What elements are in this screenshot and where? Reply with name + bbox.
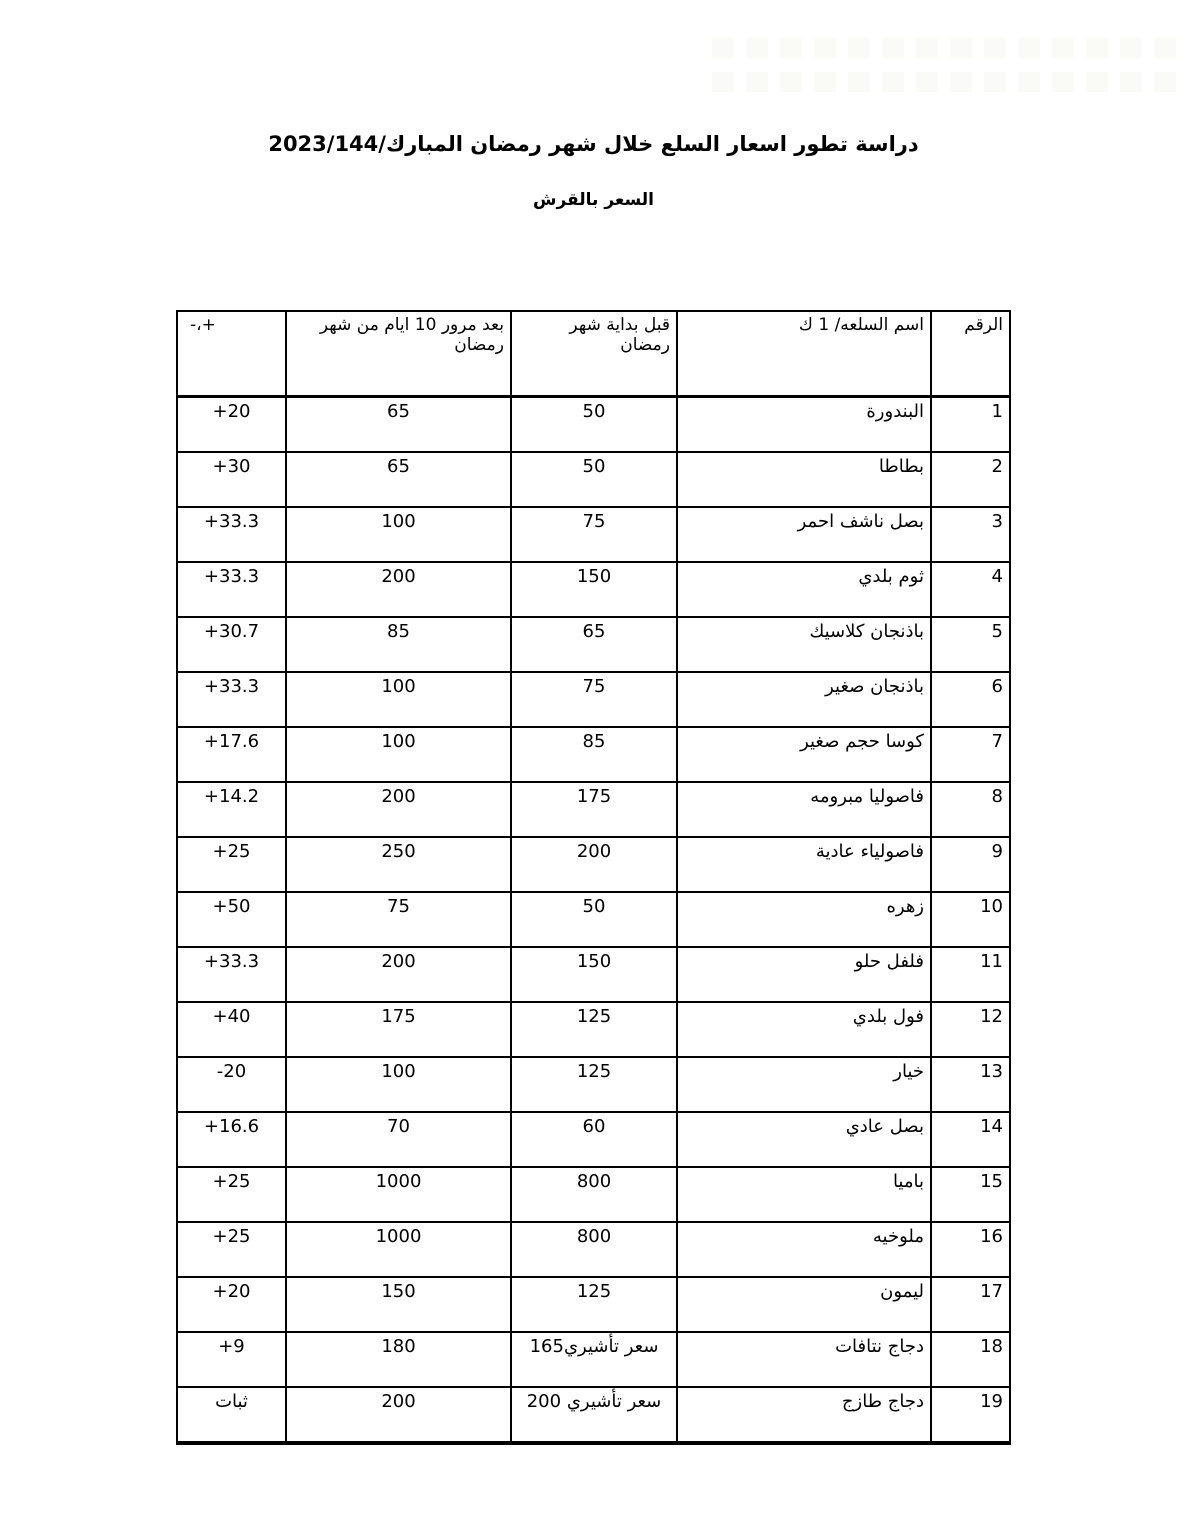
table-row: 1 البندورة 50 65 +20 xyxy=(177,397,1010,453)
cell-row-number: 13 xyxy=(931,1057,1010,1112)
table-header-row: الرقم اسم السلعه/ 1 ك قبل بداية شهر رمضا… xyxy=(177,311,1010,397)
table-row: 10 زهره 50 75 +50 xyxy=(177,892,1010,947)
cell-change: +20 xyxy=(177,1277,286,1332)
table-row: 8 فاصوليا مبرومه 175 200 +14.2 xyxy=(177,782,1010,837)
table-row: 9 فاصولياء عادية 200 250 +25 xyxy=(177,837,1010,892)
table-row: 15 باميا 800 1000 +25 xyxy=(177,1167,1010,1222)
cell-price-after: 200 xyxy=(286,947,511,1002)
cell-item-name: ملوخيه xyxy=(677,1222,931,1277)
cell-item-name: باذنجان صغير xyxy=(677,672,931,727)
cell-price-before: 50 xyxy=(511,397,677,453)
cell-change: +33.3 xyxy=(177,947,286,1002)
document-title: دراسة تطور اسعار السلع خلال شهر رمضان ال… xyxy=(0,132,1187,156)
table-row: 4 ثوم بلدي 150 200 +33.3 xyxy=(177,562,1010,617)
cell-price-before: 800 xyxy=(511,1167,677,1222)
cell-price-before: 175 xyxy=(511,782,677,837)
cell-row-number: 1 xyxy=(931,397,1010,453)
cell-price-after: 1000 xyxy=(286,1167,511,1222)
cell-price-after: 1000 xyxy=(286,1222,511,1277)
cell-change: +33.3 xyxy=(177,562,286,617)
cell-item-name: بصل عادي xyxy=(677,1112,931,1167)
cell-change: +25 xyxy=(177,1167,286,1222)
cell-row-number: 2 xyxy=(931,452,1010,507)
table-row: 16 ملوخيه 800 1000 +25 xyxy=(177,1222,1010,1277)
cell-price-before: 125 xyxy=(511,1002,677,1057)
cell-change: +9 xyxy=(177,1332,286,1387)
cell-item-name: دجاج طازج xyxy=(677,1387,931,1443)
cell-item-name: ثوم بلدي xyxy=(677,562,931,617)
cell-row-number: 7 xyxy=(931,727,1010,782)
cell-row-number: 4 xyxy=(931,562,1010,617)
cell-row-number: 14 xyxy=(931,1112,1010,1167)
cell-row-number: 17 xyxy=(931,1277,1010,1332)
cell-change: +30 xyxy=(177,452,286,507)
cell-change: +25 xyxy=(177,1222,286,1277)
cell-price-before: 60 xyxy=(511,1112,677,1167)
cell-row-number: 5 xyxy=(931,617,1010,672)
cell-change: +50 xyxy=(177,892,286,947)
cell-row-number: 6 xyxy=(931,672,1010,727)
cell-change: +30.7 xyxy=(177,617,286,672)
header-row-number: الرقم xyxy=(931,311,1010,397)
cell-item-name: زهره xyxy=(677,892,931,947)
table-row: 5 باذنجان كلاسيك 65 85 +30.7 xyxy=(177,617,1010,672)
table-row: 14 بصل عادي 60 70 +16.6 xyxy=(177,1112,1010,1167)
cell-price-before: 150 xyxy=(511,562,677,617)
cell-item-name: باميا xyxy=(677,1167,931,1222)
cell-row-number: 10 xyxy=(931,892,1010,947)
cell-item-name: كوسا حجم صغير xyxy=(677,727,931,782)
cell-price-after: 100 xyxy=(286,1057,511,1112)
table-row: 2 بطاطا 50 65 +30 xyxy=(177,452,1010,507)
cell-price-after: 85 xyxy=(286,617,511,672)
cell-row-number: 18 xyxy=(931,1332,1010,1387)
cell-price-after: 65 xyxy=(286,397,511,453)
cell-row-number: 19 xyxy=(931,1387,1010,1443)
cell-change: +20 xyxy=(177,397,286,453)
cell-change: +14.2 xyxy=(177,782,286,837)
cell-price-before: 65 xyxy=(511,617,677,672)
table-row: 12 فول بلدي 125 175 +40 xyxy=(177,1002,1010,1057)
cell-item-name: البندورة xyxy=(677,397,931,453)
cell-price-before: 125 xyxy=(511,1057,677,1112)
cell-item-name: فاصولياء عادية xyxy=(677,837,931,892)
cell-price-after: 175 xyxy=(286,1002,511,1057)
faint-watermark xyxy=(712,38,1177,116)
cell-item-name: فاصوليا مبرومه xyxy=(677,782,931,837)
header-price-before: قبل بداية شهر رمضان xyxy=(511,311,677,397)
cell-price-after: 65 xyxy=(286,452,511,507)
prices-table: الرقم اسم السلعه/ 1 ك قبل بداية شهر رمضا… xyxy=(176,310,1011,1445)
cell-row-number: 9 xyxy=(931,837,1010,892)
cell-price-after: 100 xyxy=(286,672,511,727)
cell-price-after: 200 xyxy=(286,1387,511,1443)
cell-price-before: 125 xyxy=(511,1277,677,1332)
cell-price-before: 150 xyxy=(511,947,677,1002)
cell-row-number: 12 xyxy=(931,1002,1010,1057)
cell-price-before: 165سعر تأشيري xyxy=(511,1332,677,1387)
cell-item-name: فول بلدي xyxy=(677,1002,931,1057)
cell-price-before: 75 xyxy=(511,507,677,562)
cell-price-after: 180 xyxy=(286,1332,511,1387)
table-row: 6 باذنجان صغير 75 100 +33.3 xyxy=(177,672,1010,727)
cell-change: +16.6 xyxy=(177,1112,286,1167)
cell-row-number: 3 xyxy=(931,507,1010,562)
cell-item-name: باذنجان كلاسيك xyxy=(677,617,931,672)
cell-change: +17.6 xyxy=(177,727,286,782)
cell-change: +33.3 xyxy=(177,507,286,562)
cell-price-after: 200 xyxy=(286,562,511,617)
table-row: 3 بصل ناشف احمر 75 100 +33.3 xyxy=(177,507,1010,562)
cell-price-before: 50 xyxy=(511,452,677,507)
table-row: 19 دجاج طازج 200 سعر تأشيري 200 ثبات xyxy=(177,1387,1010,1443)
table-row: 11 فلفل حلو 150 200 +33.3 xyxy=(177,947,1010,1002)
table-row: 13 خيار 125 100 -20 xyxy=(177,1057,1010,1112)
table-row: 17 ليمون 125 150 +20 xyxy=(177,1277,1010,1332)
cell-price-before: 200 xyxy=(511,837,677,892)
table-body: 1 البندورة 50 65 +20 2 بطاطا 50 65 +30 3… xyxy=(177,397,1010,1444)
cell-row-number: 11 xyxy=(931,947,1010,1002)
cell-item-name: دجاج نتافات xyxy=(677,1332,931,1387)
table-row: 7 كوسا حجم صغير 85 100 +17.6 xyxy=(177,727,1010,782)
cell-item-name: بصل ناشف احمر xyxy=(677,507,931,562)
cell-price-after: 250 xyxy=(286,837,511,892)
cell-change: +33.3 xyxy=(177,672,286,727)
cell-price-before: 75 xyxy=(511,672,677,727)
cell-price-before: 200 سعر تأشيري xyxy=(511,1387,677,1443)
document-subtitle: السعر بالقرش xyxy=(0,190,1187,210)
table-row: 18 دجاج نتافات 165سعر تأشيري 180 +9 xyxy=(177,1332,1010,1387)
cell-row-number: 8 xyxy=(931,782,1010,837)
cell-price-before: 85 xyxy=(511,727,677,782)
cell-item-name: ليمون xyxy=(677,1277,931,1332)
cell-item-name: بطاطا xyxy=(677,452,931,507)
header-change: +،- xyxy=(177,311,286,397)
cell-change: +40 xyxy=(177,1002,286,1057)
cell-price-before: 50 xyxy=(511,892,677,947)
cell-change: +25 xyxy=(177,837,286,892)
cell-price-after: 70 xyxy=(286,1112,511,1167)
cell-change: -20 xyxy=(177,1057,286,1112)
cell-price-after: 150 xyxy=(286,1277,511,1332)
cell-change: ثبات xyxy=(177,1387,286,1443)
faint-watermark-line xyxy=(712,38,1177,58)
cell-item-name: فلفل حلو xyxy=(677,947,931,1002)
cell-row-number: 15 xyxy=(931,1167,1010,1222)
cell-price-before: 800 xyxy=(511,1222,677,1277)
faint-watermark-line xyxy=(712,72,1177,92)
cell-price-after: 100 xyxy=(286,507,511,562)
cell-price-after: 75 xyxy=(286,892,511,947)
header-item-name: اسم السلعه/ 1 ك xyxy=(677,311,931,397)
cell-price-after: 100 xyxy=(286,727,511,782)
cell-row-number: 16 xyxy=(931,1222,1010,1277)
cell-price-after: 200 xyxy=(286,782,511,837)
header-price-after: بعد مرور 10 ايام من شهر رمضان xyxy=(286,311,511,397)
cell-item-name: خيار xyxy=(677,1057,931,1112)
